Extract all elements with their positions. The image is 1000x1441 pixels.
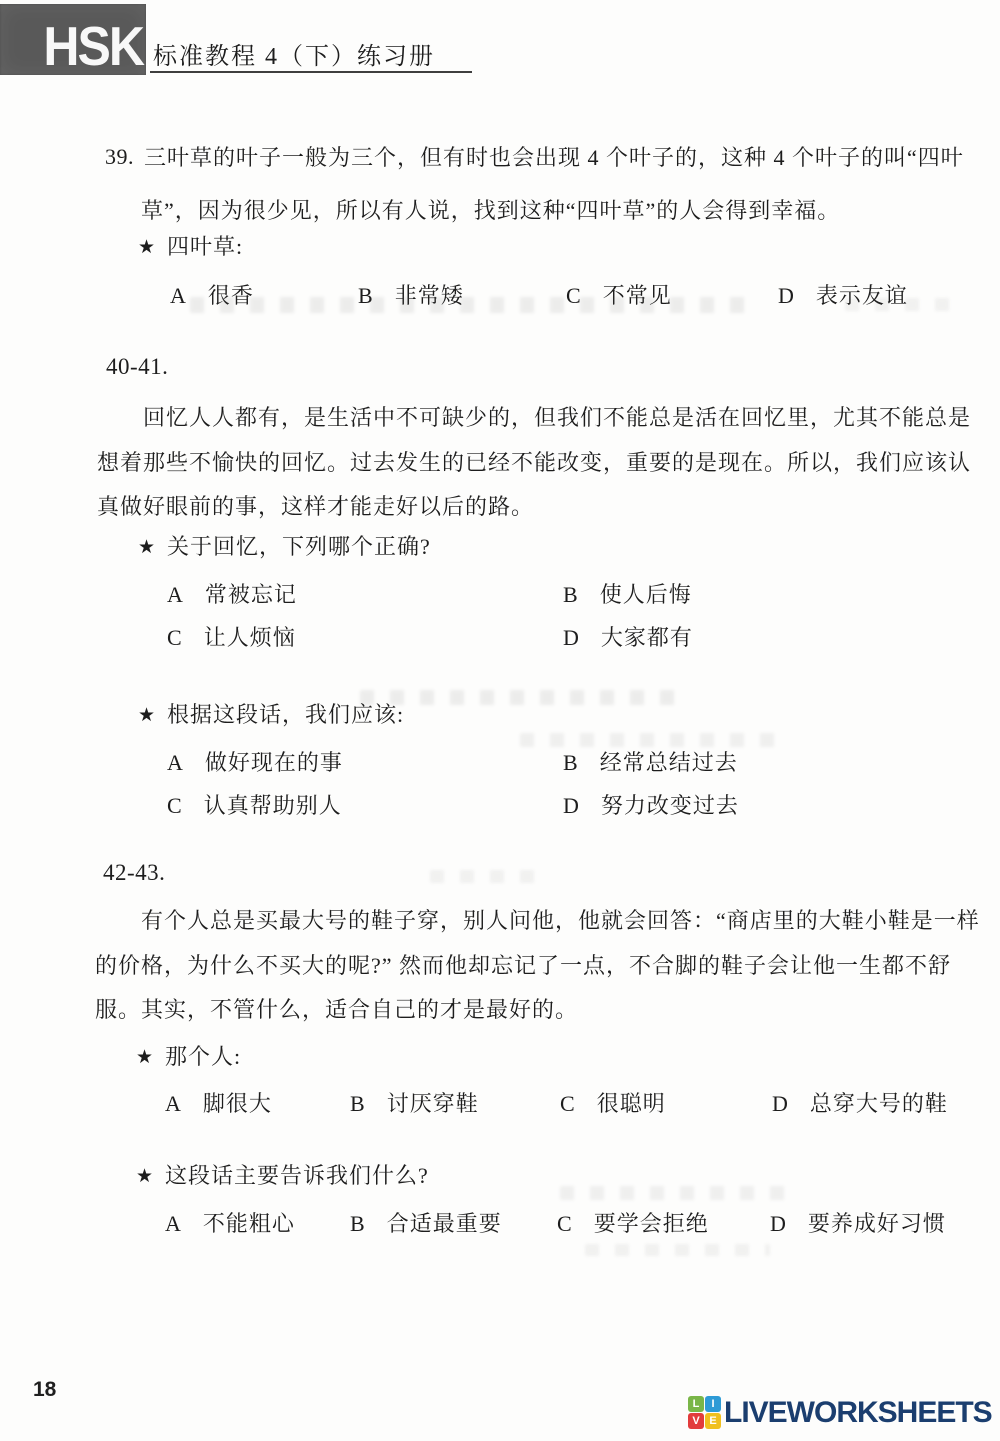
option-40-b[interactable]: B 使人后悔: [563, 581, 692, 610]
page-number: 18: [33, 1378, 56, 1402]
option-letter: B: [563, 582, 578, 608]
star-icon: ★: [138, 236, 155, 259]
question-39-prompt-text: 四叶草:: [167, 233, 243, 262]
option-42-c[interactable]: C 很聪明: [560, 1090, 666, 1119]
option-text: 努力改变过去: [601, 792, 739, 821]
passage-42-43-line-2: 的价格，为什么不买大的呢?” 然而他却忘记了一点，不合脚的鞋子会让他一生都不舒: [95, 952, 951, 981]
option-text: 合适最重要: [387, 1210, 502, 1239]
scan-artifact: [430, 870, 550, 883]
question-42-prompt: ★ 那个人:: [136, 1043, 241, 1072]
logo-tile-i: I: [705, 1396, 721, 1412]
scan-artifact: [520, 733, 790, 747]
option-text: 总穿大号的鞋: [810, 1090, 948, 1119]
liveworksheets-logo-icon: L I V E: [688, 1396, 721, 1429]
option-text: 不能粗心: [203, 1210, 295, 1239]
star-icon: ★: [136, 1046, 153, 1069]
star-icon: ★: [138, 704, 155, 727]
option-letter: D: [770, 1211, 786, 1237]
option-letter: A: [165, 1091, 181, 1117]
question-42-options: A 脚很大 B 讨厌穿鞋 C 很聪明 D 总穿大号的鞋: [0, 1090, 1000, 1122]
option-letter: C: [167, 793, 182, 819]
option-40-a[interactable]: A 常被忘记: [167, 581, 297, 610]
option-43-a[interactable]: A 不能粗心: [165, 1210, 295, 1239]
logo-tile-l: L: [688, 1396, 704, 1412]
option-41-c[interactable]: C 认真帮助别人: [167, 792, 342, 821]
option-letter: D: [563, 625, 579, 651]
question-39-line-2: 草”，因为很少见，所以有人说，找到这种“四叶草”的人会得到幸福。: [141, 197, 840, 226]
question-40-prompt-text: 关于回忆，下列哪个正确?: [167, 533, 431, 562]
question-41-options-row-1: A 做好现在的事 B 经常总结过去: [0, 749, 1000, 781]
option-text: 常被忘记: [205, 581, 297, 610]
scan-artifact: [360, 690, 690, 705]
hsk-logo-block: HSK: [0, 4, 146, 75]
passage-40-41-line-3: 真做好眼前的事，这样才能走好以后的路。: [97, 493, 534, 522]
star-icon: ★: [138, 536, 155, 559]
section-40-41-label: 40-41.: [106, 354, 168, 380]
star-icon: ★: [136, 1165, 153, 1188]
option-letter: B: [350, 1091, 365, 1117]
option-text: 大家都有: [601, 624, 693, 653]
option-text: 要学会拒绝: [594, 1210, 709, 1239]
option-letter: B: [350, 1211, 365, 1237]
option-text: 让人烦恼: [204, 624, 296, 653]
option-42-d[interactable]: D 总穿大号的鞋: [772, 1090, 948, 1119]
scan-artifact: [845, 298, 960, 311]
option-43-d[interactable]: D 要养成好习惯: [770, 1210, 946, 1239]
option-41-d[interactable]: D 努力改变过去: [563, 792, 739, 821]
option-42-b[interactable]: B 讨厌穿鞋: [350, 1090, 479, 1119]
option-letter: C: [560, 1091, 575, 1117]
option-letter: C: [167, 625, 182, 651]
scan-artifact: [585, 1244, 770, 1256]
option-text: 使人后悔: [600, 581, 692, 610]
option-40-c[interactable]: C 让人烦恼: [167, 624, 296, 653]
question-41-prompt-text: 根据这段话，我们应该:: [167, 701, 404, 730]
option-letter: D: [778, 283, 794, 309]
option-text: 认真帮助别人: [204, 792, 342, 821]
scan-artifact: [190, 297, 750, 313]
question-42-prompt-text: 那个人:: [165, 1043, 241, 1072]
question-40-prompt: ★ 关于回忆，下列哪个正确?: [138, 533, 431, 562]
passage-42-43-line-3: 服。其实，不管什么，适合自己的才是最好的。: [95, 996, 578, 1025]
question-40-options-row-1: A 常被忘记 B 使人后悔: [0, 581, 1000, 613]
option-text: 要养成好习惯: [808, 1210, 946, 1239]
option-text: 经常总结过去: [600, 749, 738, 778]
option-43-b[interactable]: B 合适最重要: [350, 1210, 502, 1239]
liveworksheets-logo: L I V E LIVEWORKSHEETS: [688, 1396, 992, 1429]
liveworksheets-logo-text: LIVEWORKSHEETS: [724, 1398, 992, 1428]
question-41-prompt: ★ 根据这段话，我们应该:: [138, 701, 404, 730]
option-letter: A: [165, 1211, 181, 1237]
header-underline: [150, 71, 472, 73]
section-42-43-label: 42-43.: [103, 860, 165, 886]
option-43-c[interactable]: C 要学会拒绝: [557, 1210, 709, 1239]
logo-tile-v: V: [688, 1413, 704, 1429]
option-letter: D: [563, 793, 579, 819]
option-letter: D: [772, 1091, 788, 1117]
question-43-prompt: ★ 这段话主要告诉我们什么?: [136, 1162, 429, 1191]
option-41-b[interactable]: B 经常总结过去: [563, 749, 738, 778]
passage-40-41-line-1: 回忆人人都有，是生活中不可缺少的，但我们不能总是活在回忆里，尤其不能总是: [143, 404, 971, 433]
question-41-options-row-2: C 认真帮助别人 D 努力改变过去: [0, 792, 1000, 824]
passage-42-43-line-1: 有个人总是买最大号的鞋子穿，别人问他，他就会回答：“商店里的大鞋小鞋是一样: [141, 907, 980, 936]
question-39-number: 39.: [105, 144, 134, 170]
question-43-prompt-text: 这段话主要告诉我们什么?: [165, 1162, 429, 1191]
option-text: 讨厌穿鞋: [387, 1090, 479, 1119]
option-letter: B: [563, 750, 578, 776]
worksheet-page: HSK 标准教程 4（下）练习册 39. 三叶草的叶子一般为三个，但有时也会出现…: [0, 0, 1000, 1441]
option-letter: A: [167, 582, 183, 608]
option-text: 做好现在的事: [205, 749, 343, 778]
option-text: 很聪明: [597, 1090, 666, 1119]
question-40-options-row-2: C 让人烦恼 D 大家都有: [0, 624, 1000, 656]
option-letter: C: [557, 1211, 572, 1237]
question-39-line-1: 三叶草的叶子一般为三个，但有时也会出现 4 个叶子的，这种 4 个叶子的叫“四叶: [144, 144, 964, 173]
option-text: 脚很大: [203, 1090, 272, 1119]
hsk-logo-text: HSK: [43, 19, 143, 74]
question-39-prompt: ★ 四叶草:: [138, 233, 243, 262]
scan-artifact: [560, 1186, 790, 1200]
page-header-title: 标准教程 4（下）练习册: [153, 36, 435, 71]
option-40-d[interactable]: D 大家都有: [563, 624, 693, 653]
logo-tile-e: E: [705, 1413, 721, 1429]
question-43-options: A 不能粗心 B 合适最重要 C 要学会拒绝 D 要养成好习惯: [0, 1210, 1000, 1242]
passage-40-41-line-2: 想着那些不愉快的回忆。过去发生的已经不能改变，重要的是现在。所以，我们应该认: [97, 449, 971, 478]
option-letter: A: [167, 750, 183, 776]
option-42-a[interactable]: A 脚很大: [165, 1090, 272, 1119]
option-41-a[interactable]: A 做好现在的事: [167, 749, 343, 778]
option-letter: A: [170, 283, 186, 309]
